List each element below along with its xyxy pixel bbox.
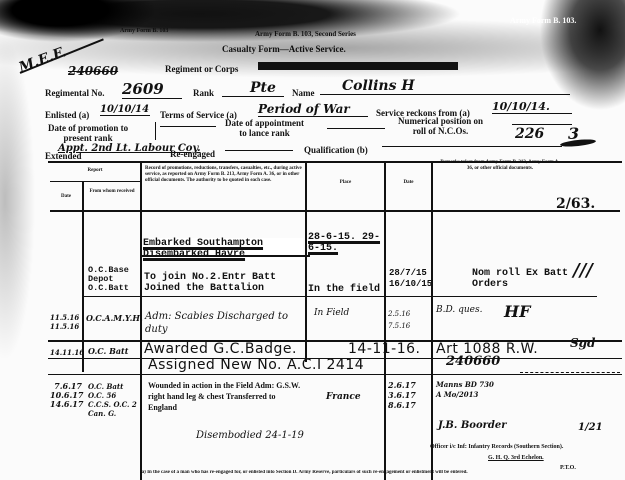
numerical-value: 226	[515, 126, 544, 142]
row-place: In the field	[308, 284, 388, 295]
rank-value: Pte	[222, 80, 284, 97]
regimental-no-value: 2609	[122, 80, 182, 99]
row-date: 7.6.17 10.6.17 14.6.17	[50, 382, 82, 409]
form-title: Casualty Form—Active Service.	[222, 44, 346, 54]
regimental-no-label: Regimental No.	[45, 88, 105, 98]
ink-smudge	[560, 138, 596, 148]
row-remarks: B.D. ques.	[436, 305, 482, 315]
side-note: 2/63.	[556, 196, 595, 212]
row-from: O.C.Base Depot O.C.Batt	[88, 266, 140, 293]
enlisted-value: 10/10/14	[100, 104, 150, 116]
signature-date: 1/21	[578, 422, 603, 433]
promotion-value-line	[160, 126, 216, 127]
row-remarks: Nom roll Ex Batt Orders	[472, 268, 572, 290]
row-date2: 28/7/15 16/10/15	[389, 268, 434, 290]
regiment-label: Regiment or Corps	[165, 64, 238, 74]
section-series: Army Form B. 103, Second Series	[255, 30, 356, 38]
row-record: To join No.2.Entr Batt Joined the Battal…	[144, 272, 304, 294]
row-place: 28-6-15. 29-6-15.	[308, 232, 383, 254]
appointment-value-line	[327, 128, 385, 129]
col-line-5	[431, 162, 433, 480]
row-record: Wounded in action in the Field Adm: G.S.…	[148, 380, 304, 413]
row-remarks: 240660	[446, 354, 500, 369]
row-initials: HF	[504, 302, 530, 321]
margin-number: 240660	[68, 64, 118, 78]
row-date: 11.5.16 11.5.16	[50, 313, 82, 331]
row-from: O.C. Batt	[88, 346, 128, 356]
header-record: Record of promotions, reductions, transf…	[145, 166, 303, 184]
name-value: Collins H	[320, 78, 570, 95]
dashed-rule	[520, 372, 620, 373]
row-remarks: Manns BD 730 A Mo/2013	[436, 380, 496, 400]
col-line-1	[82, 182, 84, 372]
header-date: Date	[50, 194, 82, 200]
appointment-label: Date of appointment to lance rank	[225, 118, 304, 138]
form-number: Army Form B. 103.	[510, 16, 576, 25]
row-place: France	[326, 392, 361, 402]
report-sub-rule	[50, 181, 140, 182]
row-date2: 2.5.16 7.5.16	[388, 308, 431, 332]
col-line-4	[384, 162, 386, 480]
service-reckons-value: 10/10/14.	[492, 100, 572, 114]
row-initials: Sgd	[570, 336, 595, 350]
row-rule	[82, 296, 597, 297]
header-date2: Date	[386, 180, 431, 186]
row-from: O.C. Batt O.C. 56 C.C.S. O.C. 2 Can. G.	[88, 382, 140, 418]
signature: J.B. Boorder	[438, 420, 507, 431]
col-line-3	[305, 162, 307, 362]
rank-label: Rank	[193, 88, 214, 98]
enlisted-label: Enlisted (a)	[45, 110, 89, 120]
row-record: Awarded G.C.Badge.	[144, 341, 297, 357]
header-place: Place	[307, 180, 384, 186]
footnote: (a) In the case of a man who has re-enga…	[140, 470, 560, 475]
header-bottom-rule	[50, 210, 620, 212]
row-record: Assigned New No. A.C.I 2414	[148, 357, 364, 373]
row-date2: 2.6.17 3.6.17 8.6.17	[388, 380, 431, 410]
ghq-label: G. H. Q. 3rd Echelon.	[488, 455, 544, 461]
brace	[155, 122, 158, 140]
promotion-label: Date of promotion to present rank	[48, 123, 128, 143]
row-record: Adm: Scabies Discharged to duty	[145, 310, 305, 336]
qualification-value-line	[382, 146, 562, 147]
pto: P.T.O.	[560, 465, 576, 471]
row-rule	[140, 255, 310, 257]
reengaged-value-line	[225, 150, 293, 151]
regiment-redaction	[258, 62, 458, 70]
row-place: In Field	[314, 308, 349, 318]
officer-label: Officer i/c Inf: Infantry Records (South…	[430, 444, 563, 450]
terms-value: Period of War	[258, 102, 368, 117]
numerical-value-line	[512, 124, 572, 125]
qualification-label: Qualification (b)	[304, 145, 368, 155]
numerical-label: Numerical position on roll of N.C.Os.	[398, 116, 483, 136]
row-from: O.C.A.M.Y.H.	[86, 313, 140, 323]
name-label: Name	[292, 88, 315, 98]
header-report: Report	[50, 168, 140, 174]
header-from-whom: From whom received	[84, 189, 140, 195]
reengaged-label: Re-engaged	[170, 149, 215, 159]
row-rule	[48, 374, 622, 375]
row-record: Disembodied 24-1-19	[196, 430, 304, 441]
top-left-note: Army Form B. 103	[120, 28, 168, 34]
row-date: 14.11.16	[50, 348, 84, 357]
row-date2: 14-11-16.	[348, 341, 421, 357]
header-remarks: Remarks taken from Army Form B. 213, Arm…	[440, 160, 560, 172]
row-initials: ///	[573, 260, 593, 281]
